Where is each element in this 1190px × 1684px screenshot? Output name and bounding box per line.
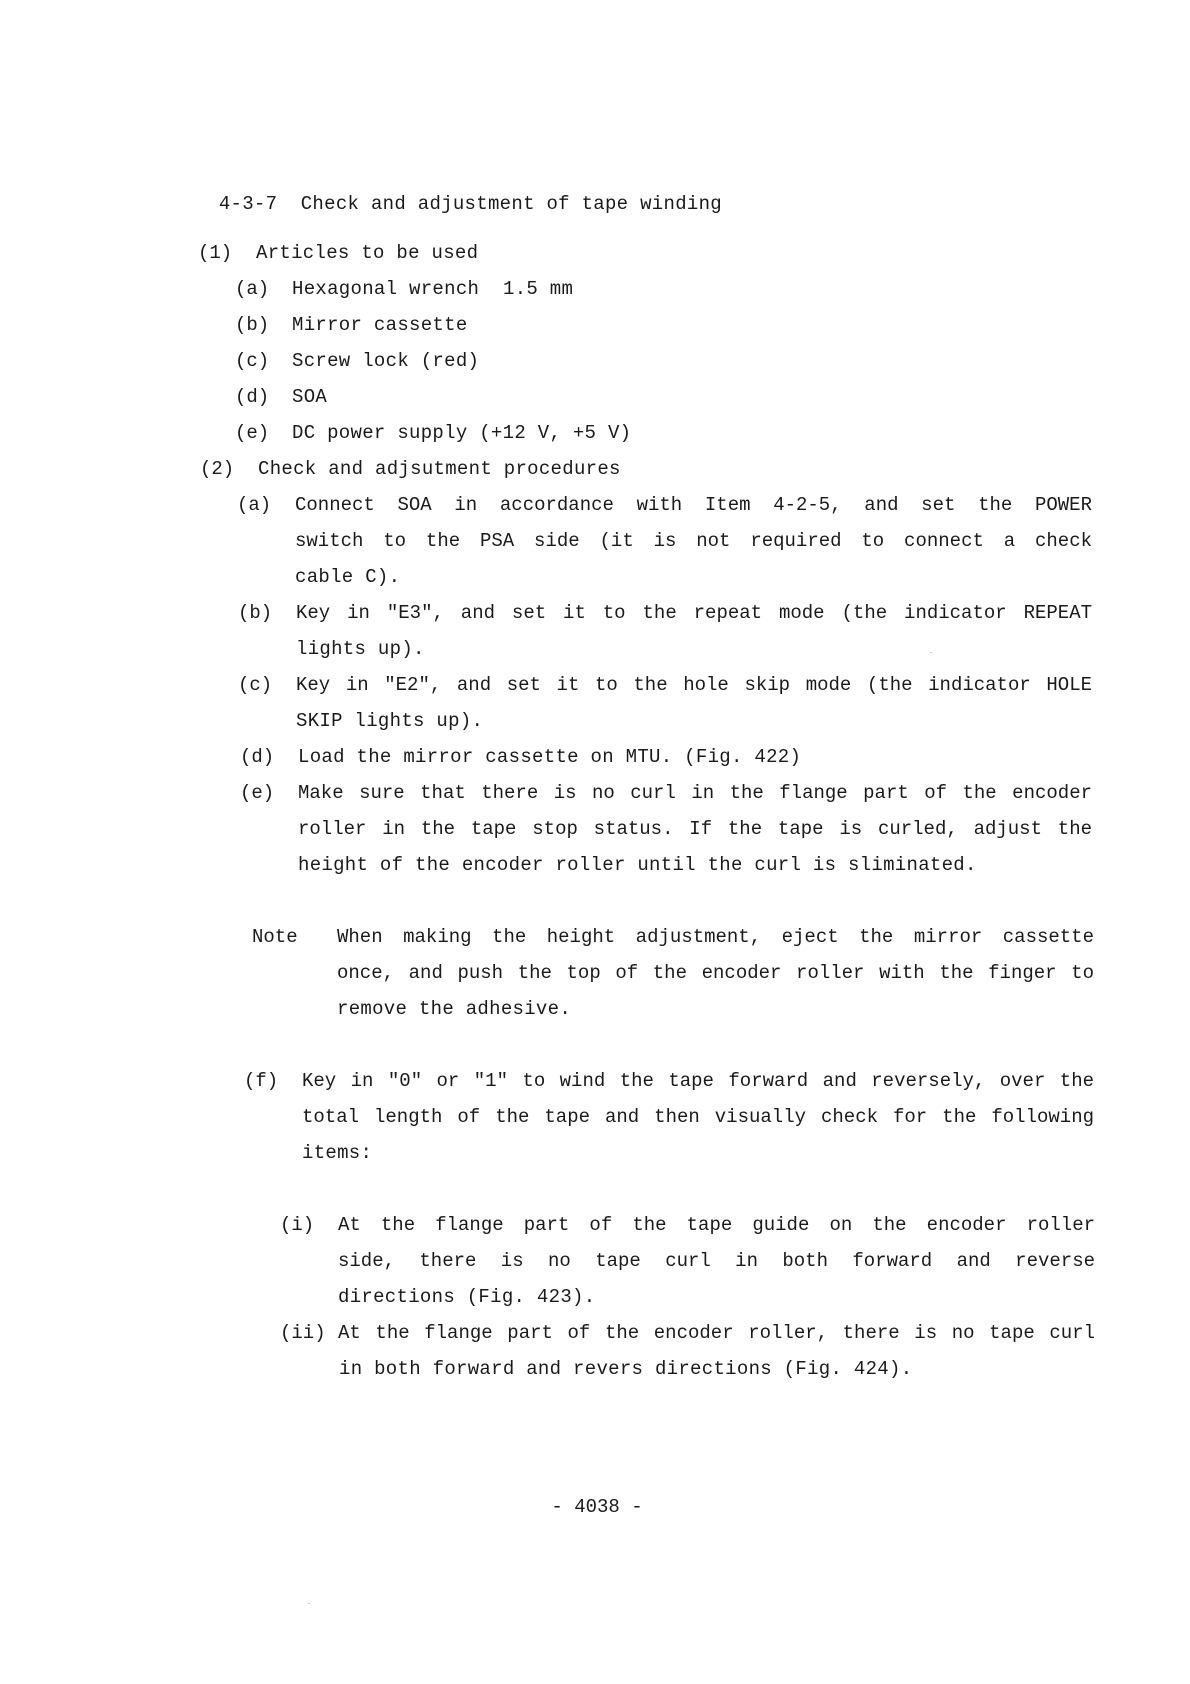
page-number: - 4038 -: [2, 1496, 1190, 1518]
step-e-line-2: roller in the tape stop status. If the t…: [298, 818, 1092, 840]
document-page: 4-3-7 Check and adjustment of tape windi…: [0, 0, 1190, 1684]
step-b-line-1: Key in "E3", and set it to the repeat mo…: [296, 602, 1092, 624]
check-label-i: (i): [280, 1214, 314, 1236]
step-label-f: (f): [244, 1070, 278, 1092]
scan-speck: [930, 652, 932, 653]
step-e-line-3: height of the encoder roller until the c…: [298, 854, 977, 876]
step-label-b: (b): [238, 602, 272, 624]
step-c-line-2: SKIP lights up).: [296, 710, 483, 732]
article-value-a: 1.5 mm: [503, 278, 573, 300]
article-text-b: Mirror cassette: [292, 314, 468, 336]
step-a-line-3: cable C).: [295, 566, 400, 588]
procedures-label: (2): [200, 458, 234, 480]
check-i-line-1: At the flange part of the tape guide on …: [338, 1214, 1095, 1236]
note-line-2: once, and push the top of the encoder ro…: [337, 962, 1094, 984]
scan-speck: [308, 1603, 310, 1604]
check-label-ii: (ii): [280, 1322, 326, 1344]
step-e-line-1: Make sure that there is no curl in the f…: [298, 782, 1092, 804]
section-number: 4-3-7: [219, 193, 278, 215]
step-d-line-1: Load the mirror cassette on MTU. (Fig. 4…: [298, 746, 801, 768]
step-label-c: (c): [238, 674, 272, 696]
step-b-line-2: lights up).: [296, 638, 425, 660]
note-line-3: remove the adhesive.: [337, 998, 571, 1020]
article-label-e: (e): [235, 422, 269, 444]
article-label-a: (a): [235, 278, 269, 300]
articles-label: (1): [198, 242, 232, 264]
article-text-c: Screw lock (red): [292, 350, 479, 372]
step-label-e: (e): [240, 782, 274, 804]
step-a-line-1: Connect SOA in accordance with Item 4-2-…: [295, 494, 1092, 516]
step-f-line-3: items:: [302, 1142, 372, 1164]
note-label: Note: [252, 926, 298, 948]
article-label-d: (d): [235, 386, 269, 408]
articles-heading: Articles to be used: [256, 242, 478, 264]
procedures-heading: Check and adjsutment procedures: [258, 458, 621, 480]
article-text-e: DC power supply (+12 V, +5 V): [292, 422, 631, 444]
section-title: Check and adjustment of tape winding: [301, 193, 722, 215]
article-label-c: (c): [235, 350, 269, 372]
check-i-line-3: directions (Fig. 423).: [338, 1286, 595, 1308]
step-c-line-1: Key in "E2", and set it to the hole skip…: [296, 674, 1092, 696]
step-a-line-2: switch to the PSA side (it is not requir…: [295, 530, 1092, 552]
check-ii-line-2: in both forward and revers directions (F…: [339, 1358, 912, 1380]
note-line-1: When making the height adjustment, eject…: [337, 926, 1094, 948]
step-f-line-1: Key in "0" or "1" to wind the tape forwa…: [302, 1070, 1094, 1092]
article-label-b: (b): [235, 314, 269, 336]
article-text-a: Hexagonal wrench: [292, 278, 479, 300]
article-text-d: SOA: [292, 386, 327, 408]
section-heading: 4-3-7 Check and adjustment of tape windi…: [172, 171, 722, 237]
check-i-line-2: side, there is no tape curl in both forw…: [338, 1250, 1095, 1272]
step-label-a: (a): [237, 494, 271, 516]
step-f-line-2: total length of the tape and then visual…: [302, 1106, 1094, 1128]
step-label-d: (d): [240, 746, 274, 768]
check-ii-line-1: At the flange part of the encoder roller…: [338, 1322, 1095, 1344]
